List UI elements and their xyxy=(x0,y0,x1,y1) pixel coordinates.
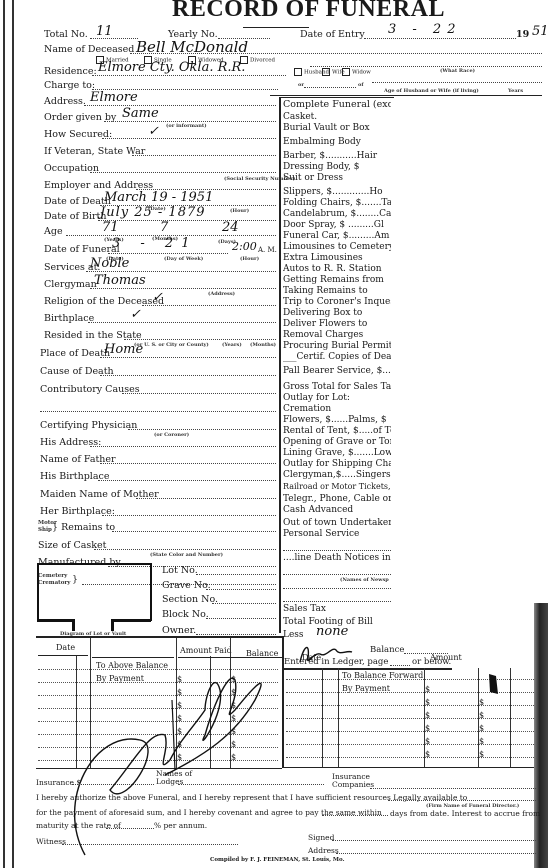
address-field-footer[interactable] xyxy=(336,853,536,854)
services-at-field[interactable] xyxy=(86,271,276,272)
residence-value: Elmore Cty. Okla. R.R. xyxy=(98,60,245,75)
or-field[interactable] xyxy=(304,87,356,88)
age-label: Age xyxy=(44,226,63,237)
name-of-deceased-value: Bell McDonald xyxy=(136,38,248,56)
charge-item[interactable]: Sales Tax xyxy=(283,604,391,615)
days-text: days from date. Interest to accrue from xyxy=(390,808,540,819)
witness-label: Witness xyxy=(36,836,66,847)
date-of-death-value: March 19 - 1951 xyxy=(104,190,213,205)
how-secured-value: ✓ xyxy=(148,124,159,139)
cause-of-death-field[interactable] xyxy=(100,375,276,376)
charge-item[interactable]: Extra Limousines xyxy=(283,253,391,264)
charge-item[interactable]: Gross Total for Sales Tax xyxy=(283,382,391,393)
authorize-line-3: maturity at the rate of xyxy=(36,820,121,831)
resided-caption-months: (Months) xyxy=(250,342,276,348)
resided-caption-years: (Years) xyxy=(222,342,242,348)
lot-diagram-leg-right xyxy=(111,619,114,631)
ledger-row[interactable] xyxy=(286,757,536,758)
date-of-funeral-value: 3 - 21 xyxy=(112,236,197,251)
ledger-right-amount-header: Amount xyxy=(430,652,462,663)
charge-item[interactable]: Pall Bearer Service, $....U xyxy=(283,366,391,377)
charge-item[interactable]: Lining Grave, $.......Low xyxy=(283,448,391,459)
checkbox-icon xyxy=(342,68,350,76)
ledger-bottom-rule xyxy=(284,767,534,768)
dollar-sign: $ xyxy=(479,724,484,733)
date-of-birth-field[interactable] xyxy=(98,220,276,221)
block-no-field[interactable] xyxy=(206,618,276,619)
newspapers-caption: (Names of Newsp xyxy=(340,577,389,583)
ledger-row[interactable] xyxy=(286,731,536,732)
charge-item[interactable]: Burial Vault or Box xyxy=(283,123,391,134)
charge-item[interactable]: Taking Remains to xyxy=(283,286,391,297)
firm-name-field[interactable] xyxy=(388,800,536,801)
total-no-value: 11 xyxy=(96,24,113,39)
color-number-caption: (State Color and Number) xyxy=(150,552,223,558)
date-of-birth-value: July 25 - 1879 xyxy=(100,205,206,220)
dollar-sign: $ xyxy=(425,750,430,759)
dollar-sign: $ xyxy=(479,698,484,707)
birthplace-field[interactable] xyxy=(88,322,276,323)
charge-item[interactable]: Getting Remains from xyxy=(283,275,391,286)
signed-label: Signed xyxy=(308,832,334,843)
lodges-field[interactable] xyxy=(178,784,324,785)
ledger-row[interactable] xyxy=(286,705,536,706)
dollar-sign: $ xyxy=(425,698,430,707)
binding-margin-line xyxy=(3,0,5,868)
divider xyxy=(270,95,542,96)
veteran-field[interactable] xyxy=(132,155,276,156)
charge-item[interactable]: Railroad or Motor Tickets, $ xyxy=(283,481,391,492)
dollar-sign: $ xyxy=(479,737,484,746)
hour-caption: (Hour) xyxy=(230,208,249,214)
ledger-center-divider xyxy=(282,636,284,768)
insurance-field[interactable] xyxy=(72,784,154,785)
contributory-causes-field-2[interactable] xyxy=(40,411,276,412)
witness-field[interactable] xyxy=(62,844,238,845)
address-value: Elmore xyxy=(90,90,138,105)
father-field[interactable] xyxy=(100,463,276,464)
clergyman-value: Thomas xyxy=(94,273,146,288)
block-no-label: Block No. xyxy=(162,609,209,620)
casket-size-field[interactable] xyxy=(94,549,276,550)
charge-item[interactable]: Limousines to Cemetery xyxy=(283,242,391,253)
remains-to-field[interactable] xyxy=(112,531,276,532)
day-of-week-caption: (Day of Week) xyxy=(164,256,203,262)
what-race-caption: (What Race) xyxy=(440,68,475,74)
compiled-by-credit: Compiled by F. J. FEINEMAN, St. Louis, M… xyxy=(210,857,345,863)
of-label: of xyxy=(358,82,364,88)
remains-to-label: } Remains to xyxy=(52,522,115,533)
date-of-funeral-field[interactable] xyxy=(108,253,228,254)
address-field[interactable] xyxy=(84,105,276,106)
or-informant-caption: (or informant) xyxy=(166,123,207,129)
contributory-causes-field[interactable] xyxy=(122,393,276,394)
charge-item[interactable]: Personal Service xyxy=(283,529,391,540)
date-of-entry-value: 3 - 22 xyxy=(388,22,461,37)
charge-blank-line[interactable] xyxy=(283,588,391,589)
signed-field[interactable] xyxy=(332,840,536,841)
widow-label: Widow xyxy=(352,70,371,76)
charge-item[interactable]: Complete Funeral (except ou xyxy=(283,99,391,110)
lot-diagram-leg-left xyxy=(72,619,75,631)
mother-field[interactable] xyxy=(136,498,276,499)
charge-blank-line[interactable] xyxy=(283,550,391,551)
clergyman-field[interactable] xyxy=(90,288,276,289)
birthplace-value: ✓ xyxy=(130,307,141,322)
place-of-death-field[interactable] xyxy=(100,357,276,358)
charge-item[interactable]: Suit or Dress xyxy=(283,173,391,184)
ink-mark xyxy=(486,672,506,696)
order-given-by-value: Same xyxy=(122,106,159,121)
charge-item[interactable]: Out of town Undertaker's xyxy=(283,518,391,529)
owner-label: Owner. xyxy=(162,625,196,636)
hour-caption: (Hour) xyxy=(240,256,259,262)
residence-label: Residence: xyxy=(44,66,97,77)
residence-field[interactable] xyxy=(92,75,286,76)
companies-label-bottom: Companies xyxy=(332,781,374,789)
section-no-label: Section No. xyxy=(162,594,218,605)
resided-caption-place: (or U. S. or City or County) xyxy=(134,342,209,348)
age-months-value: 7 xyxy=(160,220,168,235)
grave-no-label: Grave No. xyxy=(162,580,211,591)
section-no-field[interactable] xyxy=(212,603,276,604)
address-label-footer: Address xyxy=(308,845,339,856)
charge-item[interactable]: Outlay for Shipping Charg xyxy=(283,459,391,470)
balance-label: Balance xyxy=(370,645,404,656)
binding-margin-line xyxy=(12,0,14,868)
name-of-deceased-label: Name of Deceased xyxy=(44,44,134,55)
spouse-field[interactable] xyxy=(372,82,542,83)
grave-no-field[interactable] xyxy=(206,589,276,590)
date-of-entry-label: Date of Entry xyxy=(300,29,365,40)
charge-item[interactable]: Casket. xyxy=(283,112,391,123)
charge-item[interactable]: Funeral Car, $.........Am xyxy=(283,231,391,242)
checkbox-icon xyxy=(294,68,302,76)
resided-field[interactable] xyxy=(124,339,276,340)
dollar-sign: $ xyxy=(425,724,430,733)
owner-field[interactable] xyxy=(196,634,276,635)
clergyman-label: Clergyman xyxy=(44,279,97,290)
age-spouse-caption: Age of Husband or Wife (if living) xyxy=(384,88,479,94)
ledger-page-field[interactable] xyxy=(390,665,410,666)
lot-no-label: Lot No. xyxy=(162,565,198,576)
dollar-sign: $ xyxy=(425,685,430,694)
charge-item[interactable]: Deliver Flowers to xyxy=(283,319,391,330)
ship-label: Ship xyxy=(38,527,52,533)
checkbox-icon xyxy=(322,68,330,76)
date-of-entry-field[interactable] xyxy=(364,38,516,39)
his-birthplace-field[interactable] xyxy=(98,480,276,481)
ledger-initials-scrawl xyxy=(296,640,356,670)
place-of-death-value: Home xyxy=(104,342,143,357)
religion-field[interactable] xyxy=(142,305,276,306)
dollar-sign: $ xyxy=(479,750,484,759)
certifying-physician-field[interactable] xyxy=(128,429,276,430)
remains-to-text: Remains to xyxy=(61,522,115,533)
relation-widow-checkbox[interactable]: Widow xyxy=(342,68,371,76)
companies-field[interactable] xyxy=(370,788,536,789)
authorize-line-1: I hereby authorize the above Funeral, an… xyxy=(36,792,467,803)
interest-rate-field[interactable] xyxy=(106,828,154,829)
birthplace-label: Birthplace xyxy=(44,313,94,324)
charge-item[interactable]: Cremation xyxy=(283,404,391,415)
lot-diagram-box[interactable] xyxy=(37,563,152,621)
newspapers-field[interactable] xyxy=(283,574,391,575)
charge-item[interactable]: Procuring Burial Permit xyxy=(283,341,391,352)
charge-item[interactable]: Dressing Body, $ xyxy=(283,162,391,173)
dollar-sign: $ xyxy=(425,711,430,720)
race-field[interactable] xyxy=(310,66,542,67)
page-edge-shadow xyxy=(534,603,548,868)
charge-blank-line[interactable] xyxy=(283,601,391,602)
occupation-field[interactable] xyxy=(90,172,276,173)
dollar-sign: $ xyxy=(479,711,484,720)
veteran-label: If Veteran, State War xyxy=(44,146,145,157)
her-birthplace-field[interactable] xyxy=(102,515,276,516)
services-at-value: Noble xyxy=(90,256,129,271)
charge-item[interactable]: Autos to R. R. Station xyxy=(283,264,391,275)
charge-item[interactable]: Barber, $...........Hair xyxy=(283,151,391,162)
charge-item[interactable]: Outlay for Lot: xyxy=(283,393,391,404)
charge-item[interactable]: Trip to Coroner's Inquest xyxy=(283,297,391,308)
charge-item[interactable]: Telegr., Phone, Cable or Ra xyxy=(283,494,391,505)
ledger-row[interactable] xyxy=(286,718,536,719)
his-address-field[interactable] xyxy=(90,446,276,447)
order-given-by-field[interactable] xyxy=(104,121,276,122)
charge-item[interactable]: Candelabrum, $........Ca xyxy=(283,209,391,220)
lot-diagram-base-left xyxy=(37,619,73,622)
dollar-sign: $ xyxy=(425,737,430,746)
coroner-caption: (or Coroner) xyxy=(154,432,189,438)
year-value: 51 xyxy=(532,24,548,39)
divorced-label: Divorced xyxy=(250,58,275,64)
percent-text: % per annum. xyxy=(154,820,207,831)
less-value: none xyxy=(316,624,348,639)
title-underline xyxy=(243,27,309,28)
charge-item[interactable]: Door Spray, $ .........Gl xyxy=(283,220,391,231)
charge-item[interactable]: ....line Death Notices in xyxy=(283,553,391,564)
charge-item[interactable]: Slippers, $.............Ho xyxy=(283,187,391,198)
funeral-hour-value: 2:00 xyxy=(232,240,257,253)
charge-item[interactable]: Rental of Tent, $.....of Ter xyxy=(283,426,391,437)
address-caption: (Address) xyxy=(208,291,235,297)
charge-item[interactable]: Opening of Grave or Tomb xyxy=(283,437,391,448)
charge-item[interactable]: Clergyman,$.....Singers,$ xyxy=(283,470,391,481)
total-no-label: Total No. xyxy=(44,29,88,40)
age-years-value: 71 xyxy=(102,220,119,235)
ledger-top-rule xyxy=(36,636,282,638)
charge-to-label: Charge to: xyxy=(44,80,95,91)
years-caption: Years xyxy=(508,88,523,94)
religion-value: ✓ xyxy=(152,290,163,305)
charge-item[interactable]: Flowers, $......Palms, $ xyxy=(283,415,391,426)
charge-item[interactable]: Cash Advanced xyxy=(283,505,391,516)
charge-item[interactable]: Removal Charges xyxy=(283,330,391,341)
days-field[interactable] xyxy=(322,815,388,816)
charge-item[interactable]: Embalming Body xyxy=(283,137,391,148)
lot-no-field[interactable] xyxy=(196,574,276,575)
age-days-value: 24 xyxy=(222,220,239,235)
charge-item[interactable]: Folding Chairs, $.......Ta xyxy=(283,198,391,209)
charge-item[interactable]: Delivering Box to xyxy=(283,308,391,319)
authorize-line-2: for the payment of aforesaid sum, and I … xyxy=(36,807,382,818)
certifying-physician-label: Certifying Physician xyxy=(40,420,137,431)
address-label: Address. xyxy=(44,96,86,107)
how-secured-field[interactable] xyxy=(102,138,276,139)
am-pm-label: A. M. xyxy=(258,245,277,256)
page-title: RECORD OF FUNERAL xyxy=(172,0,445,23)
charge-item[interactable]: ___Certif. Copies of Death C xyxy=(283,352,391,363)
ledger-row[interactable] xyxy=(286,744,536,745)
year-prefix: 19 xyxy=(516,29,529,40)
lot-diagram-base-right xyxy=(111,619,151,622)
insurance-label: Insurance $ xyxy=(36,777,81,788)
